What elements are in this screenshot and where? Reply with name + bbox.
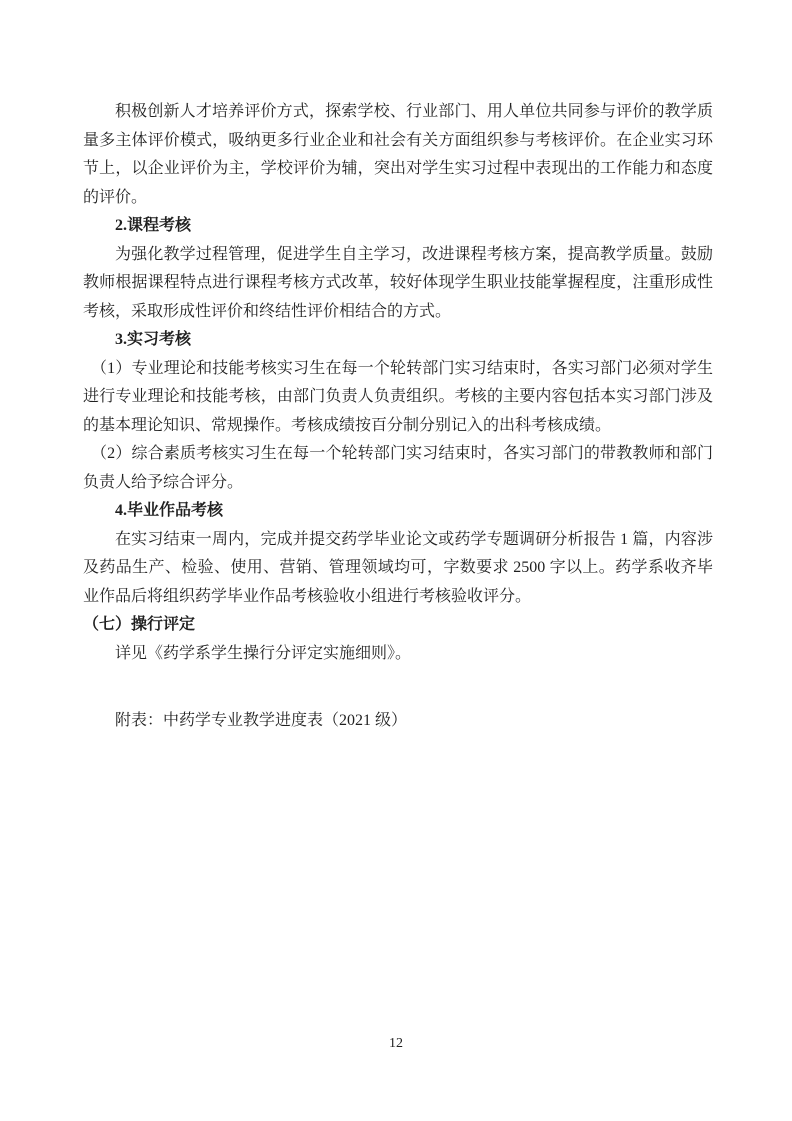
heading-course-assessment: 2.课程考核 (83, 212, 713, 241)
document-body: 积极创新人才培养评价方式，探索学校、行业部门、用人单位共同参与评价的教学质量多主… (83, 98, 713, 736)
paragraph-course-assessment: 为强化教学过程管理，促进学生自主学习，改进课程考核方案，提高教学质量。鼓励教师根… (83, 241, 713, 327)
page-number: 12 (0, 1034, 792, 1054)
paragraph-internship-theory-skill: （1）专业理论和技能考核实习生在每一个轮转部门实习结束时，各实习部门必须对学生进… (83, 355, 713, 441)
blank-gap (83, 668, 713, 707)
heading-conduct-evaluation: （七）操行评定 (83, 611, 713, 640)
paragraph-internship-comprehensive: （2）综合素质考核实习生在每一个轮转部门实习结束时，各实习部门的带教教师和部门负… (83, 440, 713, 497)
attachment-note: 附表：中药学专业教学进度表（2021 级） (83, 707, 713, 736)
paragraph-conduct-evaluation-detail: 详见《药学系学生操行分评定实施细则》。 (83, 640, 713, 669)
document-page: 积极创新人才培养评价方式，探索学校、行业部门、用人单位共同参与评价的教学质量多主… (0, 0, 792, 1121)
paragraph-talent-evaluation: 积极创新人才培养评价方式，探索学校、行业部门、用人单位共同参与评价的教学质量多主… (83, 98, 713, 212)
heading-internship-assessment: 3.实习考核 (83, 326, 713, 355)
heading-graduation-work-assessment: 4.毕业作品考核 (83, 497, 713, 526)
paragraph-graduation-work: 在实习结束一周内，完成并提交药学毕业论文或药学专题调研分析报告 1 篇，内容涉及… (83, 526, 713, 612)
